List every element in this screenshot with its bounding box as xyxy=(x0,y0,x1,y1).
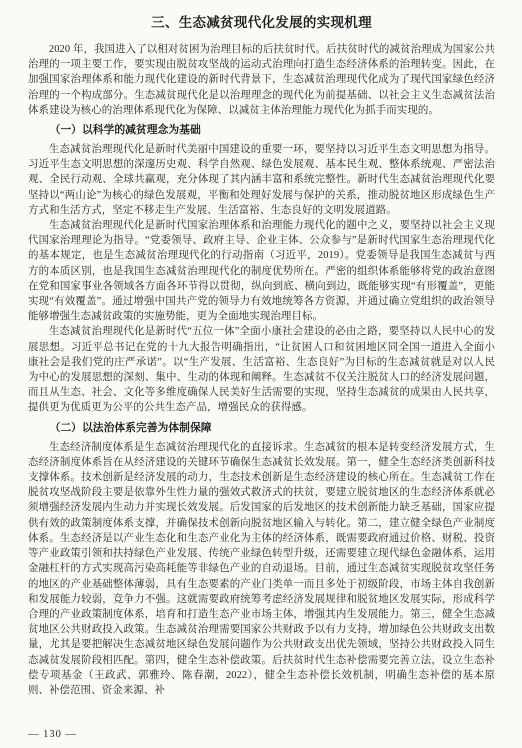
body-paragraph: 生态减贫治理现代化是新时代“五位一体”全面小康社会建设的必由之路，要坚持以人民中… xyxy=(28,324,495,415)
body-paragraph: 生态经济制度体系是生态减贫治理现代化的直接诉求。生态减贫的根本是转变经济发展方式… xyxy=(28,440,495,698)
document-body: 2020 年，我国进入了以相对贫困为治理目标的后扶贫时代。后扶贫时代的减贫治理成… xyxy=(28,42,495,698)
document-page: 三、生态减贫现代化发展的实现机理 2020 年，我国进入了以相对贫困为治理目标的… xyxy=(0,0,522,748)
page-footer: — 130 — xyxy=(28,729,77,740)
subsection-heading: （二）以法治体系完善为体制保障 xyxy=(28,421,495,436)
section-title: 三、生态减贫现代化发展的实现机理 xyxy=(28,11,495,31)
body-paragraph: 2020 年，我国进入了以相对贫困为治理目标的后扶贫时代。后扶贫时代的减贫治理成… xyxy=(28,42,495,118)
body-paragraph: 生态减贫治理现代化是新时代美丽中国建设的重要一环，要坚持以习近平生态文明思想为指… xyxy=(28,142,495,218)
page-number: — 130 — xyxy=(28,729,77,740)
body-paragraph: 生态减贫治理现代化是新时代国家治理体系和治理能力现代化的题中之义，要坚持以社会主… xyxy=(28,218,495,324)
subsection-heading: （一）以科学的减贫理念为基础 xyxy=(28,123,495,138)
